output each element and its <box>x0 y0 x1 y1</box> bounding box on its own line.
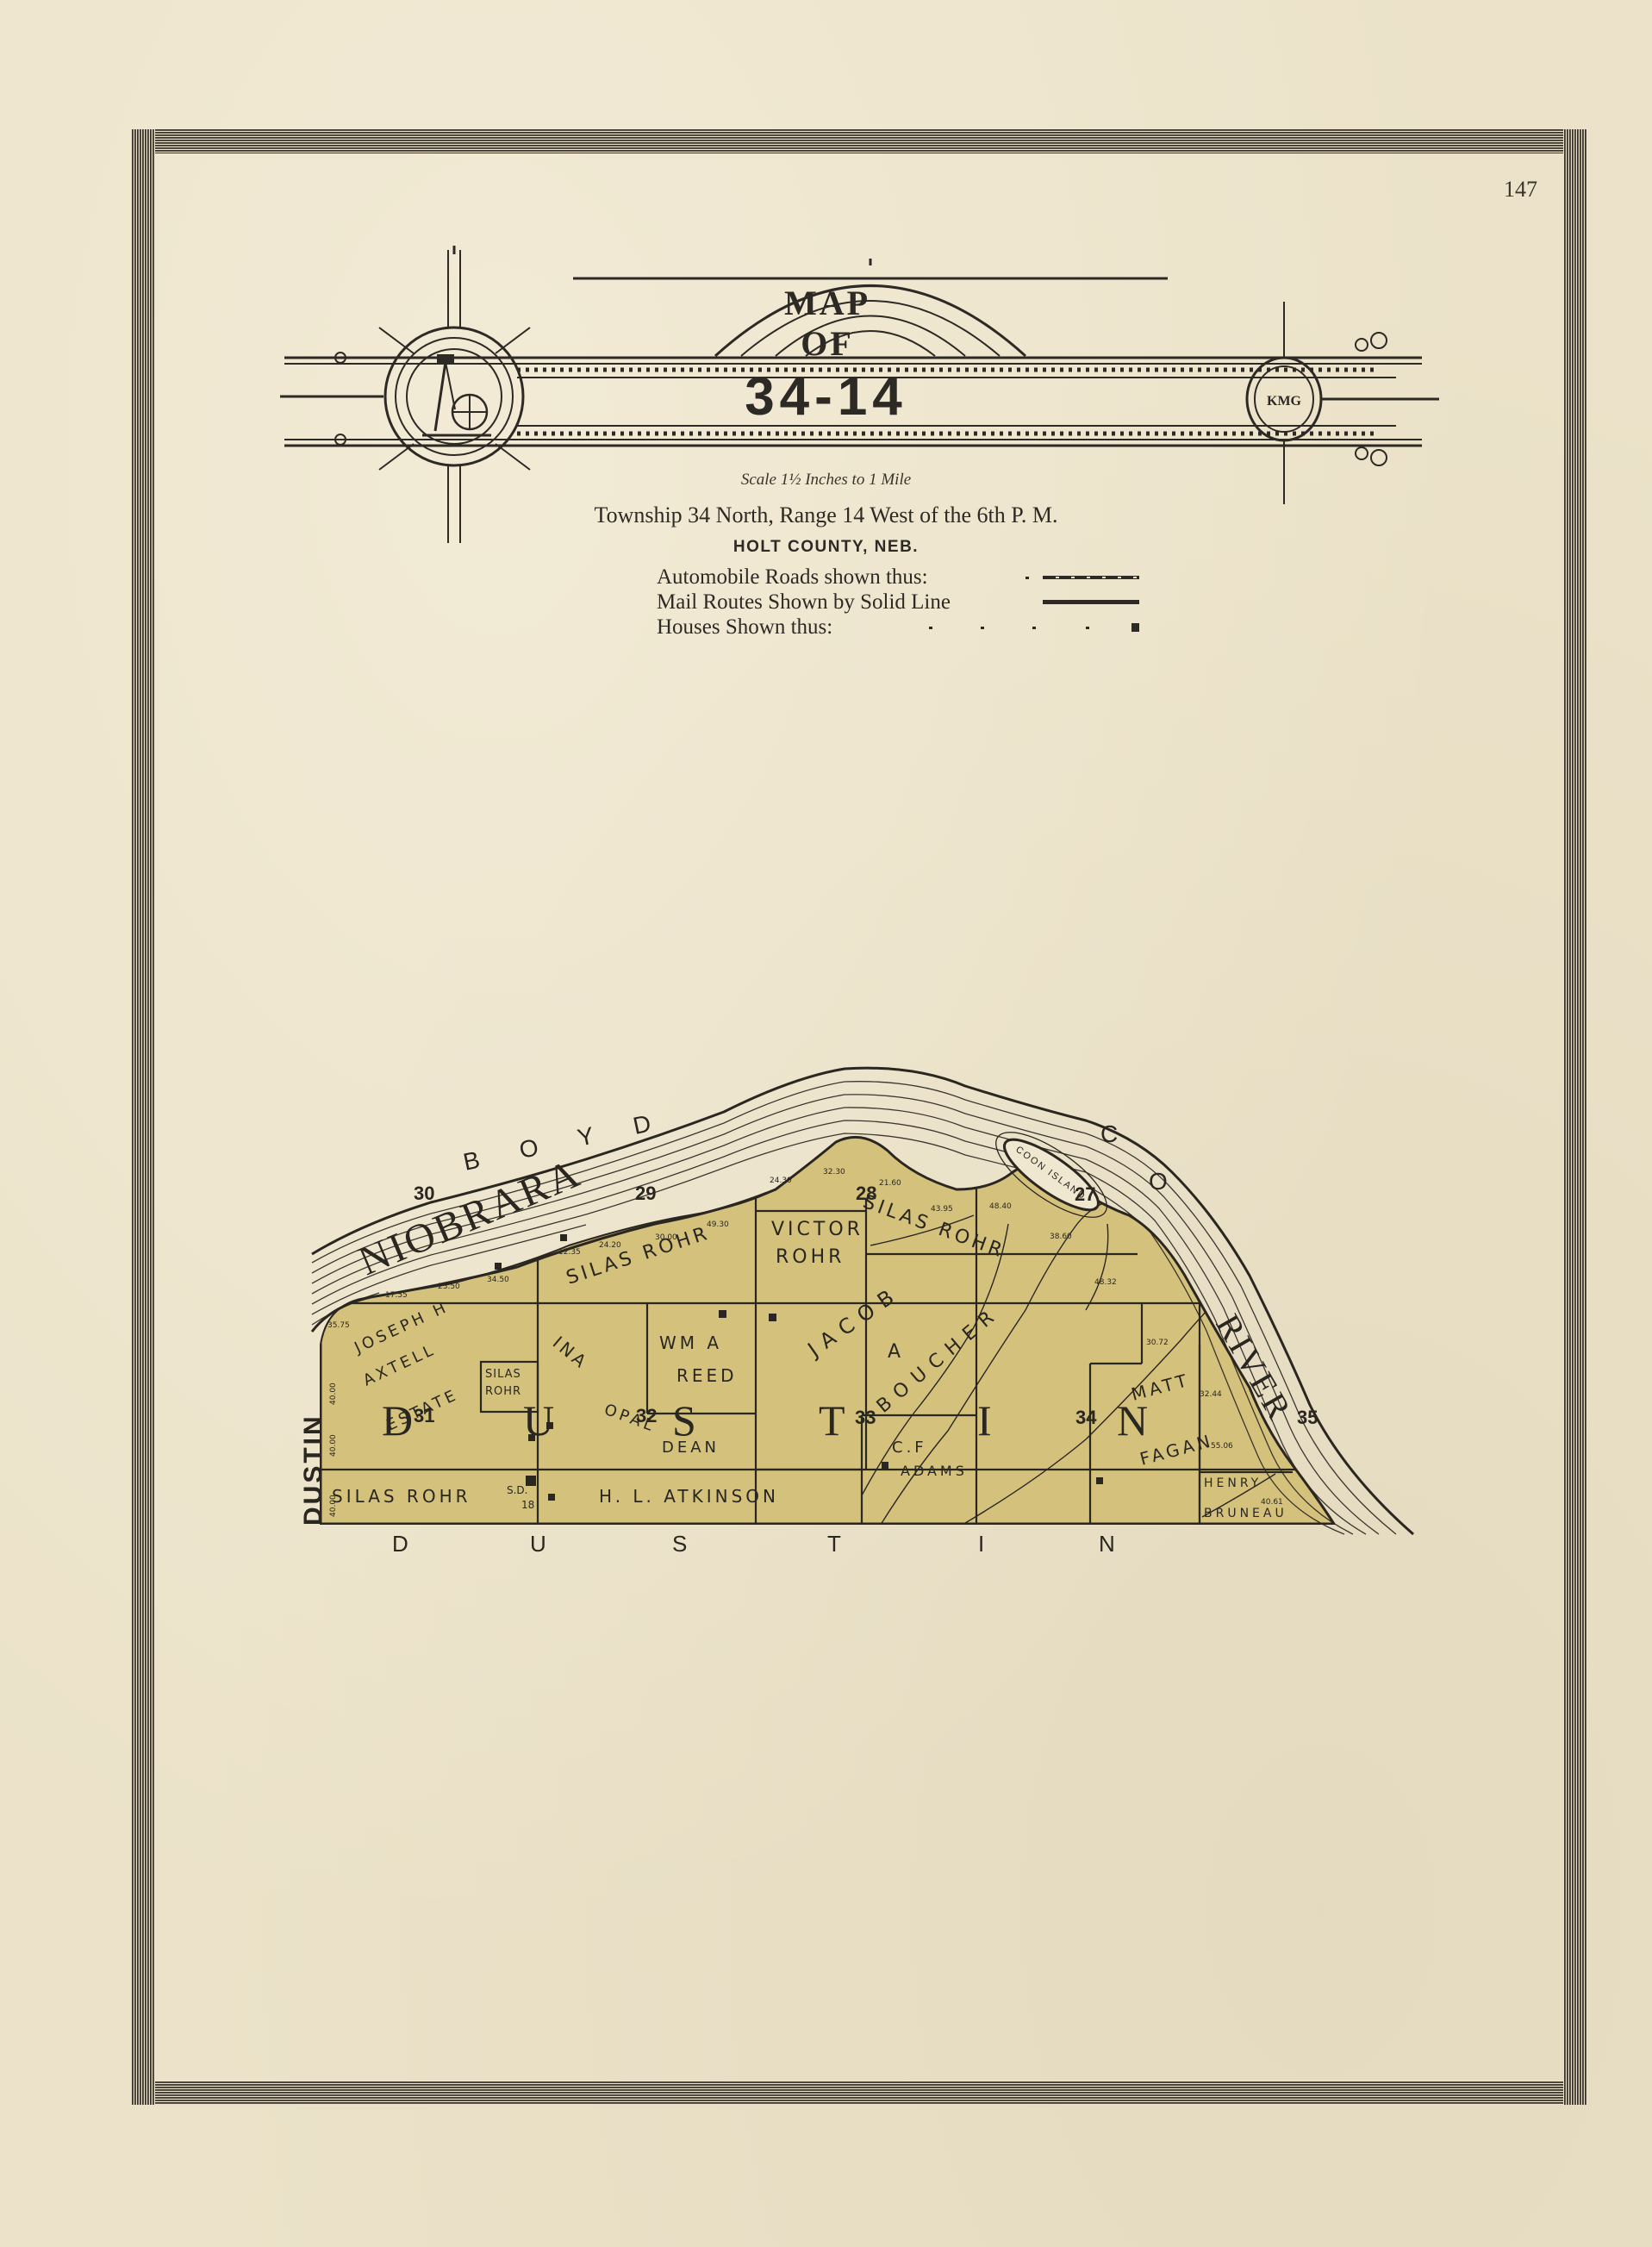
svg-text:N: N <box>1099 1531 1115 1557</box>
svg-text:12.35: 12.35 <box>558 1248 581 1257</box>
svg-text:40.00: 40.00 <box>329 1383 338 1405</box>
svg-text:I: I <box>977 1396 992 1445</box>
svg-text:24.30: 24.30 <box>770 1177 792 1185</box>
west-edge-numbers: 40.00 40.00 40.00 <box>329 1383 338 1517</box>
svg-text:32.30: 32.30 <box>823 1168 845 1177</box>
svg-text:21.60: 21.60 <box>879 1179 901 1188</box>
school-district-label: S.D. <box>507 1484 528 1496</box>
owner-name: SILAS ROHR <box>332 1486 471 1507</box>
house-icon <box>560 1234 567 1241</box>
svg-text:40.00: 40.00 <box>329 1434 338 1457</box>
svg-text:30.00: 30.00 <box>655 1233 677 1242</box>
west-township-label: DUSTIN <box>299 1414 327 1526</box>
svg-text:43.95: 43.95 <box>931 1205 953 1214</box>
co-label-o: O <box>1149 1168 1168 1195</box>
owner-name: VICTOR <box>771 1219 863 1240</box>
svg-text:40.00: 40.00 <box>329 1495 338 1517</box>
owner-name: WM A <box>659 1333 722 1353</box>
owner-name: DEAN <box>662 1439 720 1457</box>
owner-name: REED <box>676 1365 738 1386</box>
south-township-letters: D U S T I N <box>392 1531 1115 1557</box>
svg-text:S: S <box>672 1531 687 1557</box>
co-label-c: C <box>1100 1120 1118 1147</box>
svg-text:40.61: 40.61 <box>1261 1498 1283 1507</box>
svg-text:55.06: 55.06 <box>1211 1442 1233 1451</box>
svg-text:34.50: 34.50 <box>487 1276 509 1284</box>
svg-text:32.44: 32.44 <box>1200 1390 1222 1399</box>
svg-text:T: T <box>827 1531 841 1557</box>
svg-text:N: N <box>1117 1396 1148 1445</box>
section-number: 34 <box>1075 1407 1097 1428</box>
owner-name: BRUNEAU <box>1204 1507 1287 1520</box>
svg-text:17.55: 17.55 <box>385 1291 408 1300</box>
svg-text:48.40: 48.40 <box>989 1202 1012 1211</box>
svg-text:U: U <box>530 1531 546 1557</box>
house-icon <box>769 1314 776 1321</box>
owner-name: ADAMS <box>901 1463 968 1479</box>
svg-text:24.20: 24.20 <box>599 1241 621 1250</box>
section-number: 29 <box>635 1183 656 1204</box>
svg-text:D: D <box>392 1531 408 1557</box>
section-number: 27 <box>1075 1183 1095 1205</box>
house-icon <box>548 1494 555 1501</box>
owner-name: H. L. ATKINSON <box>599 1486 779 1507</box>
svg-text:48.32: 48.32 <box>1094 1278 1117 1287</box>
owner-name: HENRY <box>1204 1476 1262 1490</box>
house-icon <box>1096 1477 1103 1484</box>
svg-text:35.75: 35.75 <box>327 1321 350 1330</box>
svg-text:I: I <box>978 1531 984 1557</box>
section-number: 30 <box>414 1183 434 1204</box>
svg-text:T: T <box>819 1396 845 1445</box>
house-icon <box>719 1310 726 1318</box>
owner-name: SILAS <box>485 1368 521 1381</box>
svg-text:23.50: 23.50 <box>438 1283 460 1291</box>
house-icon <box>882 1462 888 1469</box>
school-district-number: 18 <box>521 1499 534 1511</box>
owner-name: ROHR <box>776 1246 845 1268</box>
house-icon <box>495 1263 502 1270</box>
owner-name: ROHR <box>485 1385 521 1398</box>
svg-text:30.72: 30.72 <box>1146 1339 1169 1347</box>
township-map: NIOBRARA RIVER COON ISLAND B O Y D C O D… <box>0 0 1652 2247</box>
svg-text:S: S <box>672 1396 696 1445</box>
svg-text:U: U <box>523 1396 554 1445</box>
svg-text:49.30: 49.30 <box>707 1220 729 1229</box>
section-number: 35 <box>1297 1407 1318 1428</box>
owner-name: C.F <box>892 1439 927 1457</box>
owner-name: A <box>888 1341 904 1363</box>
svg-text:38.60: 38.60 <box>1050 1233 1072 1241</box>
section-number: 33 <box>855 1407 876 1428</box>
